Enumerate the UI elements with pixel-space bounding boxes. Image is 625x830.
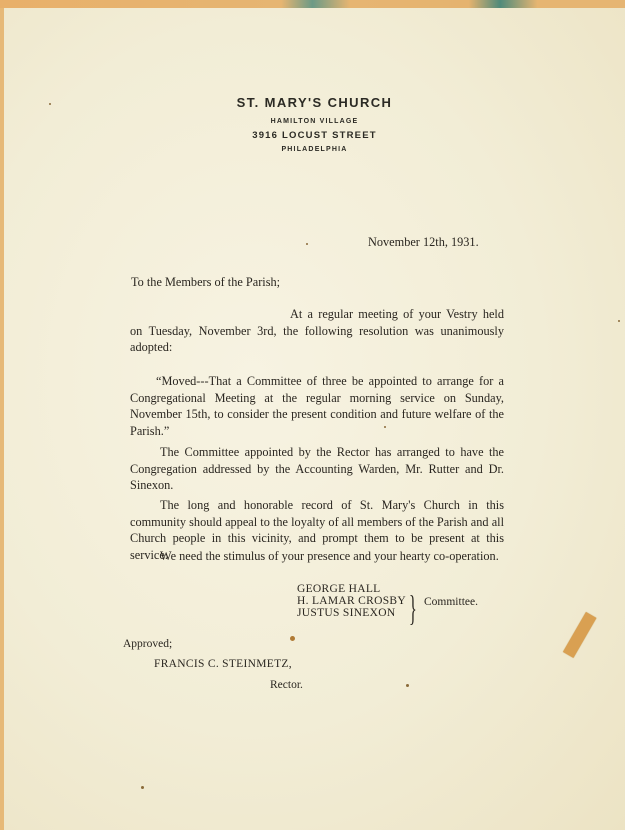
- page-top-edge: [0, 0, 625, 8]
- brace-icon: }: [409, 590, 417, 626]
- paragraph-committee-arrangement: The Committee appointed by the Rector ha…: [130, 444, 504, 494]
- letterhead-street: 3916 LOCUST STREET: [4, 130, 625, 141]
- letter-date: November 12th, 1931.: [368, 234, 479, 250]
- stain-spot: [141, 786, 144, 789]
- committee-member-2: H. LAMAR CROSBY: [297, 595, 406, 607]
- paragraph-resolution: “Moved---That a Committee of three be ap…: [130, 373, 504, 439]
- letterhead-city: PHILADELPHIA: [4, 146, 625, 153]
- letter-page: ST. MARY'S CHURCH HAMILTON VILLAGE 3916 …: [4, 8, 625, 830]
- letterhead-village: HAMILTON VILLAGE: [4, 118, 625, 125]
- stain-spot: [306, 243, 308, 245]
- letter-salutation: To the Members of the Parish;: [131, 274, 280, 290]
- stain-spot: [406, 684, 409, 687]
- paragraph-stimulus: We need the stimulus of your presence an…: [130, 548, 504, 565]
- stain-spot: [290, 636, 295, 641]
- approved-label: Approved;: [123, 636, 172, 652]
- rector-title: Rector.: [270, 677, 303, 693]
- stain-spot: [49, 103, 51, 105]
- letterhead-church-name: ST. MARY'S CHURCH: [4, 95, 625, 110]
- paragraph-vestry-meeting: At a regular meeting of your Vestry held…: [130, 306, 504, 356]
- rector-name: FRANCIS C. STEINMETZ,: [154, 658, 292, 670]
- stain-spot: [618, 320, 620, 322]
- committee-member-3: JUSTUS SINEXON: [297, 607, 395, 619]
- committee-label: Committee.: [424, 594, 478, 610]
- stain-spot: [384, 426, 386, 428]
- committee-member-1: GEORGE HALL: [297, 583, 380, 595]
